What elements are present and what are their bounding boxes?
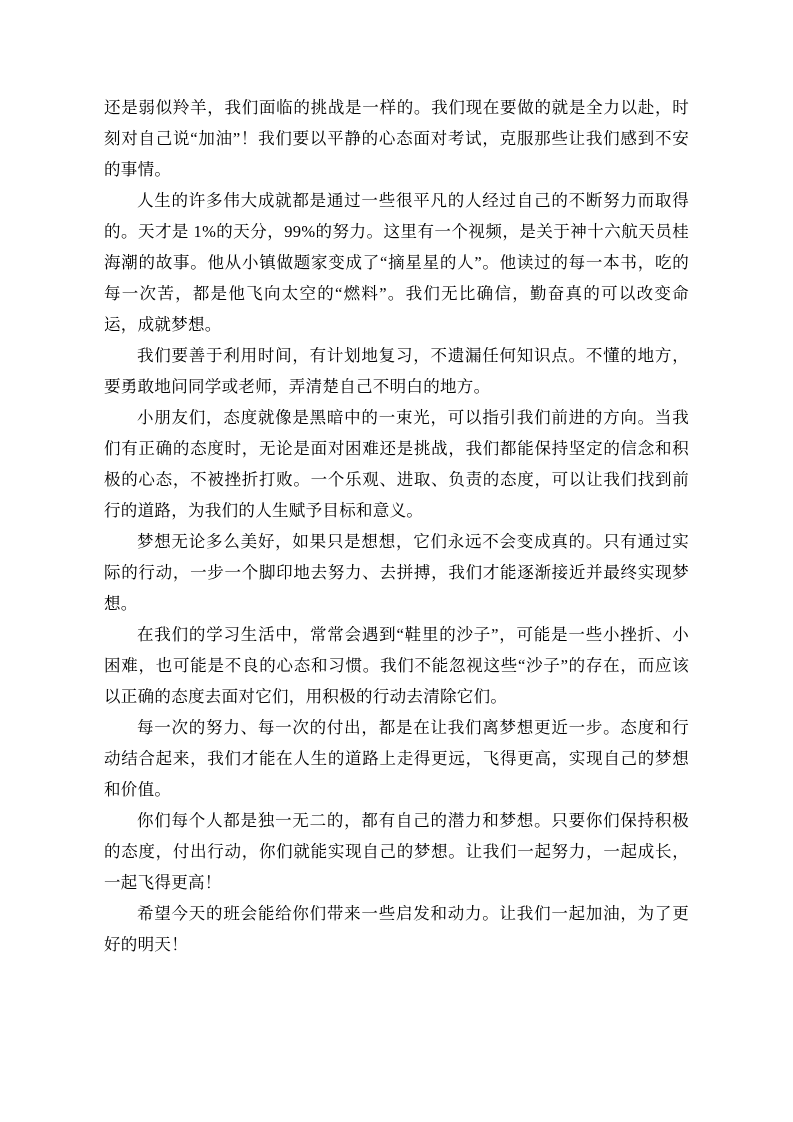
paragraph-4: 小朋友们，态度就像是黑暗中的一束光，可以指引我们前进的方向。当我们有正确的态度时… <box>104 402 689 526</box>
paragraph-9: 希望今天的班会能给你们带来一些启发和动力。让我们一起加油，为了更好的明天！ <box>104 898 689 960</box>
paragraph-1: 还是弱似羚羊，我们面临的挑战是一样的。我们现在要做的就是全力以赴，时刻对自己说“… <box>104 92 689 185</box>
paragraph-2: 人生的许多伟大成就都是通过一些很平凡的人经过自己的不断努力而取得的。天才是 1%… <box>104 185 689 340</box>
paragraph-8: 你们每个人都是独一无二的，都有自己的潜力和梦想。只要你们保持积极的态度，付出行动… <box>104 805 689 898</box>
paragraph-6: 在我们的学习生活中，常常会遇到“鞋里的沙子”，可能是一些小挫折、小困难，也可能是… <box>104 619 689 712</box>
document-body: 还是弱似羚羊，我们面临的挑战是一样的。我们现在要做的就是全力以赴，时刻对自己说“… <box>104 92 689 960</box>
document-page: 还是弱似羚羊，我们面临的挑战是一样的。我们现在要做的就是全力以赴，时刻对自己说“… <box>0 0 793 1122</box>
paragraph-3: 我们要善于利用时间，有计划地复习，不遗漏任何知识点。不懂的地方，要勇敢地问同学或… <box>104 340 689 402</box>
paragraph-5: 梦想无论多么美好，如果只是想想，它们永远不会变成真的。只有通过实际的行动，一步一… <box>104 526 689 619</box>
paragraph-7: 每一次的努力、每一次的付出，都是在让我们离梦想更近一步。态度和行动结合起来，我们… <box>104 712 689 805</box>
